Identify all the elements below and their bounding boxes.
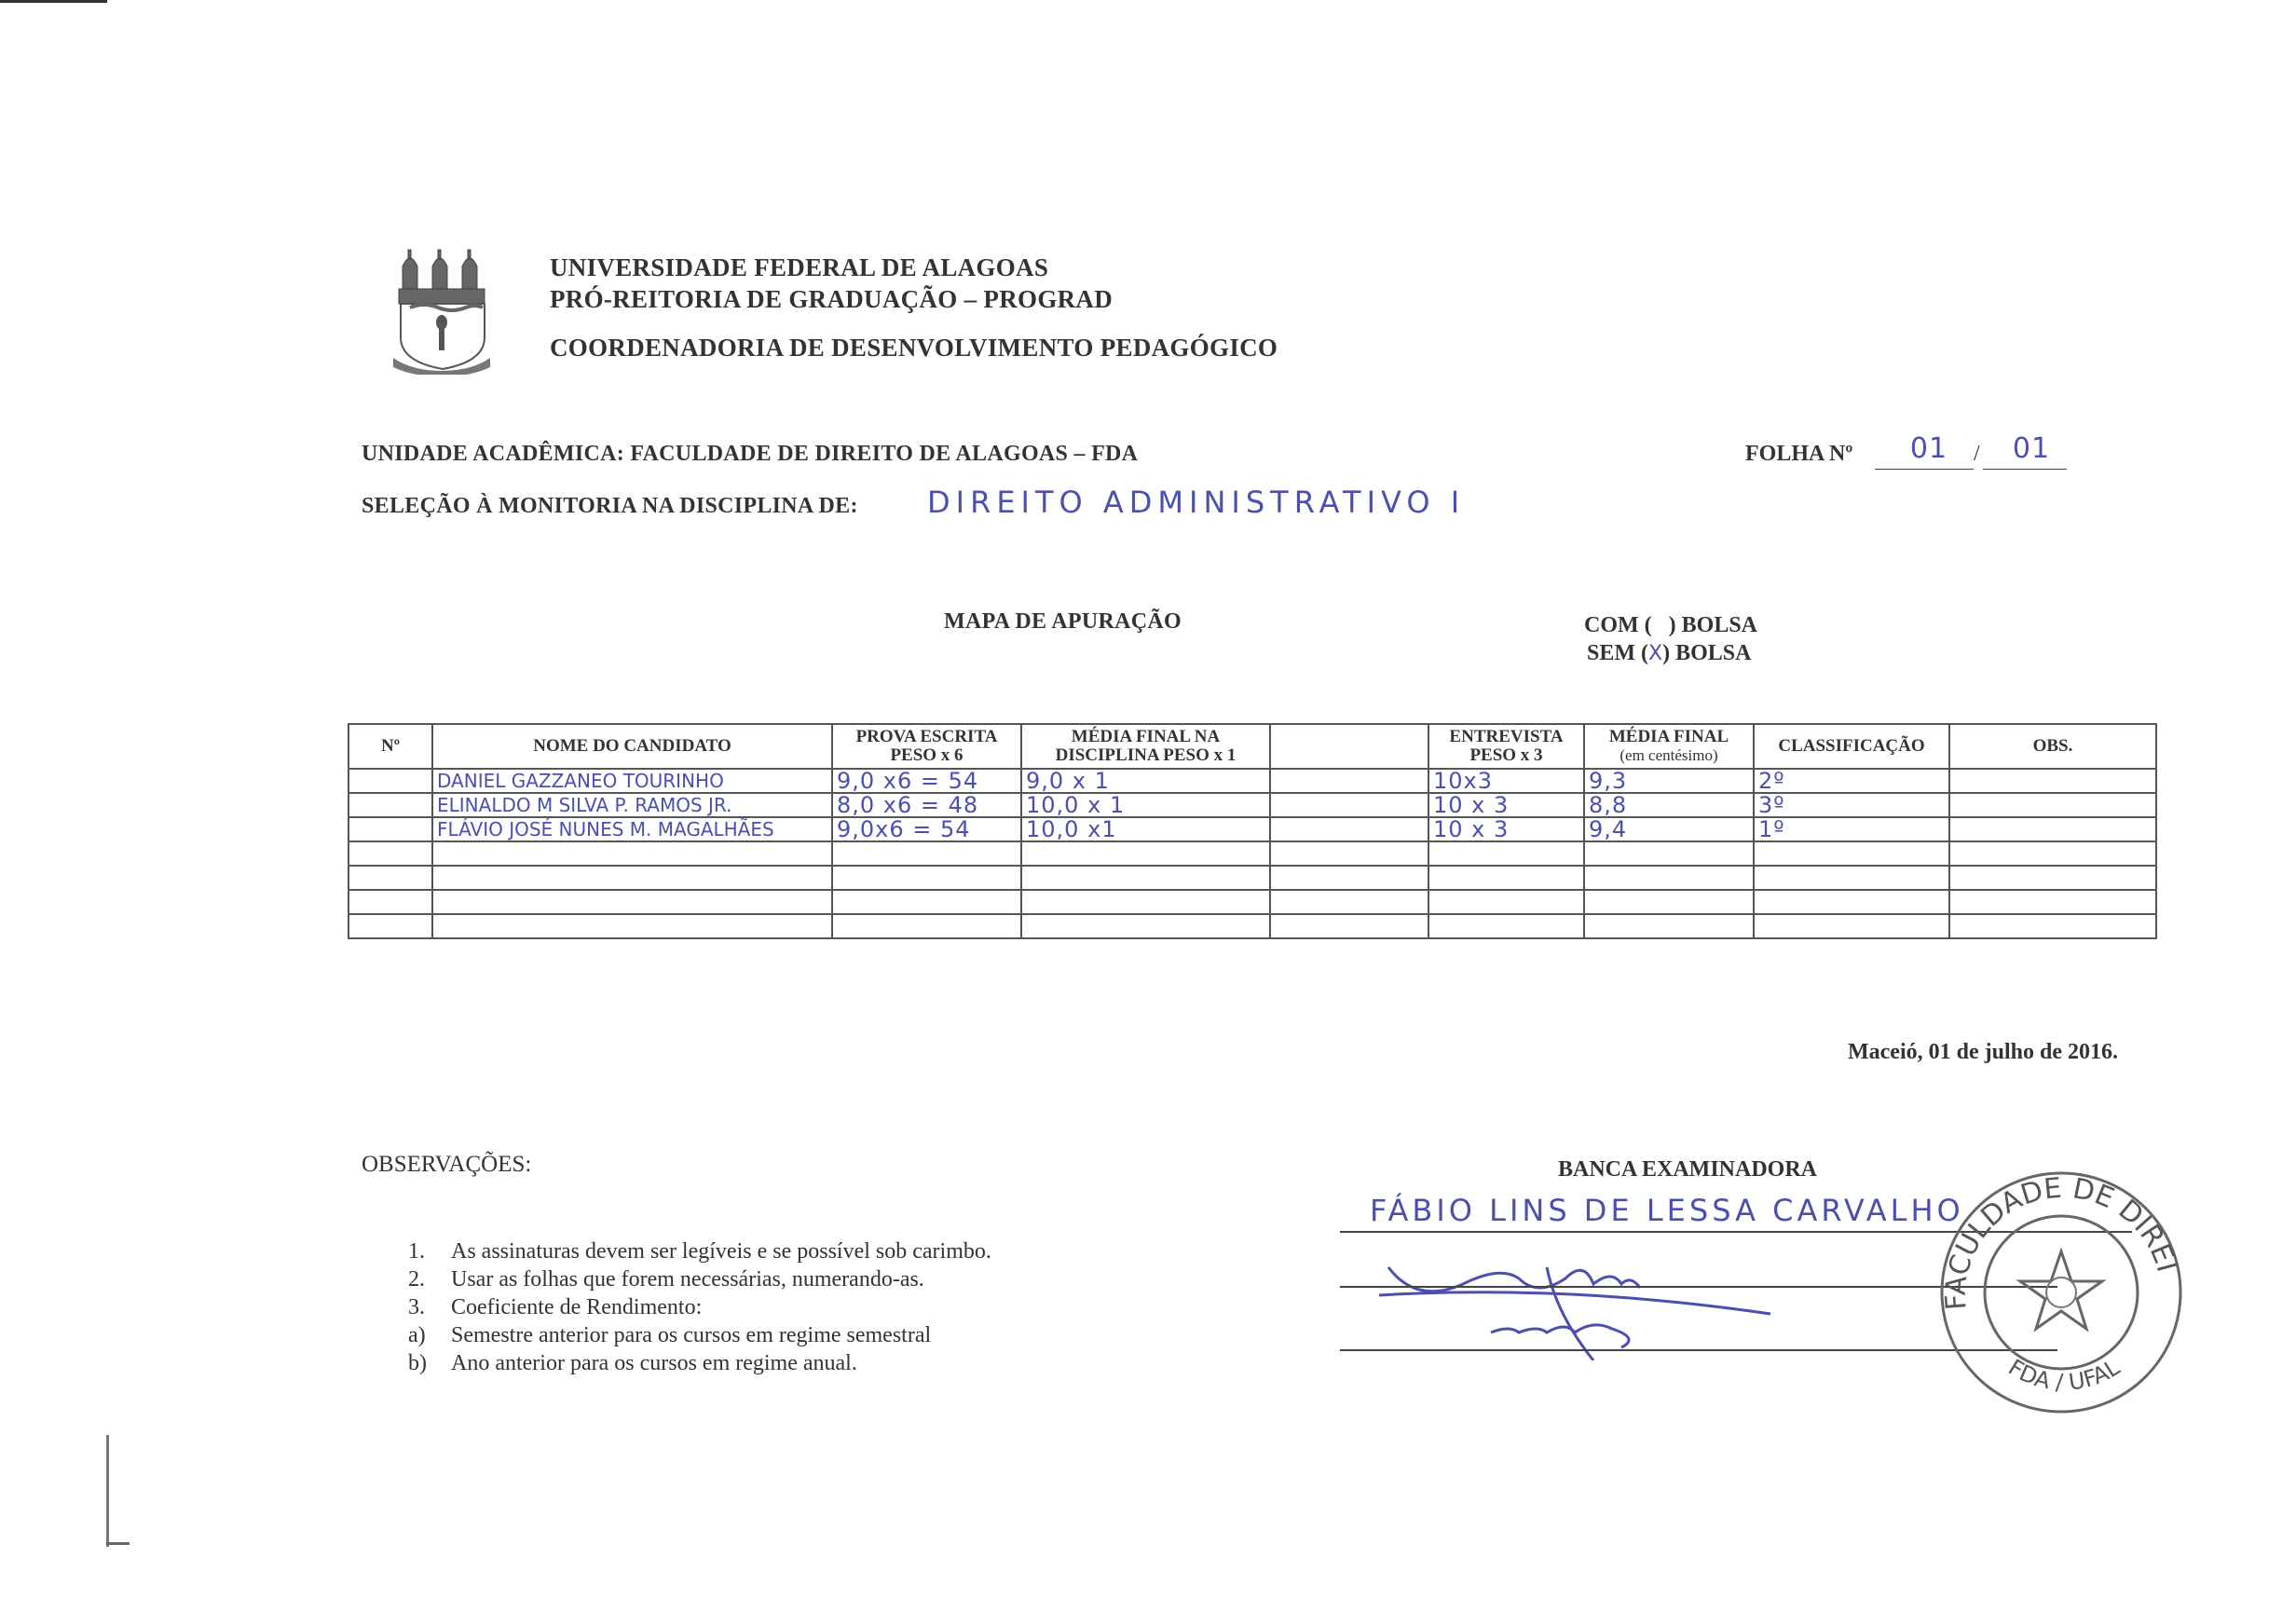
- cell-written: [832, 866, 1021, 890]
- observation-marker: 3.: [408, 1293, 451, 1321]
- header-final-line1: MÉDIA FINAL: [1589, 728, 1749, 746]
- with-grant-option: COM ( ) BOLSA: [1584, 613, 1757, 638]
- cell-discipline: 10,0 x 1: [1021, 793, 1270, 817]
- cell-name: [432, 841, 832, 866]
- cell-rank: 3º: [1754, 793, 1949, 817]
- cell-rank: 2º: [1754, 769, 1949, 793]
- header-num: Nº: [348, 724, 432, 769]
- cell-obs: [1949, 866, 2156, 890]
- cell-blank: [1270, 914, 1428, 938]
- cell-written: 9,0 x6 = 54: [832, 769, 1021, 793]
- observation-text: Usar as folhas que forem necessárias, nu…: [451, 1267, 924, 1291]
- observation-item: 2.Usar as folhas que forem necessárias, …: [408, 1265, 991, 1293]
- observation-item: a)Semestre anterior para os cursos em re…: [408, 1321, 991, 1349]
- table-header-row: Nº NOME DO CANDIDATO PROVA ESCRITAPESO x…: [348, 724, 2156, 769]
- ufal-coat-of-arms-icon: [391, 248, 494, 375]
- cell-obs: [1949, 817, 2156, 841]
- cell-discipline: [1021, 914, 1270, 938]
- without-grant-mark: X: [1648, 642, 1662, 665]
- cell-name: [432, 866, 832, 890]
- observation-marker: b): [408, 1349, 451, 1377]
- sheet-number-field: FOLHA Nº: [1745, 442, 1852, 467]
- cell-obs: [1949, 914, 2156, 938]
- cell-final: 8,8: [1584, 793, 1754, 817]
- cell-rank: [1754, 914, 1949, 938]
- cell-written: 9,0x6 = 54: [832, 817, 1021, 841]
- faculty-stamp-icon: FACULDADE DE DIREITO DE ALAGOAS FDA / UF…: [1938, 1169, 2185, 1416]
- cell-obs: [1949, 890, 2156, 914]
- cell-obs: [1949, 841, 2156, 866]
- header-written-exam-line2: PESO x 6: [837, 746, 1017, 765]
- sheet-total-value: 01: [1994, 432, 2069, 465]
- table-row: [348, 914, 2156, 938]
- signature-1: FÁBIO LINS DE LESSA CARVALHO: [1370, 1193, 1964, 1228]
- header-final-average: MÉDIA FINAL(em centésimo): [1584, 724, 1754, 769]
- table-row: DANIEL GAZZANEO TOURINHO9,0 x6 = 549,0 x…: [348, 769, 2156, 793]
- cell-num: [348, 866, 432, 890]
- observation-text: Coeficiente de Rendimento:: [451, 1295, 702, 1319]
- discipline-value: DIREITO ADMINISTRATIVO I: [927, 485, 1465, 520]
- cell-final: 9,4: [1584, 817, 1754, 841]
- cell-discipline: 10,0 x1: [1021, 817, 1270, 841]
- cell-interview: [1428, 866, 1584, 890]
- academic-unit-label: UNIDADE ACADÊMICA: FACULDADE DE DIREITO …: [362, 442, 1138, 467]
- observation-item: 1.As assinaturas devem ser legíveis e se…: [408, 1237, 991, 1265]
- header-interview-line2: PESO x 3: [1433, 746, 1579, 765]
- without-grant-prefix: SEM (: [1587, 641, 1648, 665]
- table-row: FLÁVIO JOSÉ NUNES M. MAGALHÃES9,0x6 = 54…: [348, 817, 2156, 841]
- scan-edge-top: [0, 0, 107, 3]
- cell-final: 9,3: [1584, 769, 1754, 793]
- observation-text: As assinaturas devem ser legíveis e se p…: [451, 1239, 991, 1264]
- svg-text:FACULDADE DE DIREITO DE ALAGOA: FACULDADE DE DIREITO DE ALAGOAS: [1938, 1169, 2183, 1311]
- header-obs: OBS.: [1949, 724, 2156, 769]
- cell-discipline: [1021, 841, 1270, 866]
- sheet-total-underline: [1983, 469, 2067, 470]
- cell-written: [832, 890, 1021, 914]
- cell-blank: [1270, 793, 1428, 817]
- cell-written: [832, 914, 1021, 938]
- without-grant-option: SEM (X) BOLSA: [1587, 641, 1751, 666]
- observation-item: b)Ano anterior para os cursos em regime …: [408, 1349, 991, 1377]
- cell-rank: [1754, 890, 1949, 914]
- cell-blank: [1270, 890, 1428, 914]
- cell-interview: [1428, 841, 1584, 866]
- header-discipline-line1: MÉDIA FINAL NA: [1026, 728, 1265, 746]
- scan-edge-left: [106, 1435, 109, 1547]
- cell-obs: [1949, 793, 2156, 817]
- observation-marker: 1.: [408, 1237, 451, 1265]
- map-title: MAPA DE APURAÇÃO: [944, 609, 1182, 635]
- header-written-exam-line1: PROVA ESCRITA: [837, 728, 1017, 746]
- cell-name: FLÁVIO JOSÉ NUNES M. MAGALHÃES: [432, 817, 832, 841]
- header-discipline-average: MÉDIA FINAL NADISCIPLINA PESO x 1: [1021, 724, 1270, 769]
- university-name: UNIVERSIDADE FEDERAL DE ALAGOAS: [550, 253, 1048, 282]
- header-interview: ENTREVISTAPESO x 3: [1428, 724, 1584, 769]
- cell-interview: 10 x 3: [1428, 817, 1584, 841]
- cell-blank: [1270, 841, 1428, 866]
- cell-interview: 10x3: [1428, 769, 1584, 793]
- cell-final: [1584, 914, 1754, 938]
- svg-text:FDA / UFAL: FDA / UFAL: [2003, 1354, 2125, 1396]
- observation-text: Ano anterior para os cursos em regime an…: [451, 1351, 857, 1375]
- without-grant-suffix: ) BOLSA: [1662, 641, 1751, 665]
- cell-interview: 10 x 3: [1428, 793, 1584, 817]
- cell-num: [348, 914, 432, 938]
- cell-final: [1584, 841, 1754, 866]
- header-discipline-line2: DISCIPLINA PESO x 1: [1026, 746, 1265, 765]
- cell-discipline: [1021, 866, 1270, 890]
- cell-name: DANIEL GAZZANEO TOURINHO: [432, 769, 832, 793]
- cell-name: [432, 914, 832, 938]
- observation-marker: 2.: [408, 1265, 451, 1293]
- table-row: [348, 890, 2156, 914]
- cell-blank: [1270, 769, 1428, 793]
- sheet-number-label: FOLHA Nº: [1745, 442, 1852, 466]
- sheet-number-value: 01: [1892, 432, 1966, 465]
- header-final-line2: (em centésimo): [1589, 746, 1749, 765]
- coordination-name: COORDENADORIA DE DESENVOLVIMENTO PEDAGÓG…: [550, 334, 1278, 362]
- cell-num: [348, 793, 432, 817]
- cell-interview: [1428, 890, 1584, 914]
- scan-edge-foot: [106, 1542, 130, 1545]
- observation-marker: a): [408, 1321, 451, 1349]
- header-rank: CLASSIFICAÇÃO: [1754, 724, 1949, 769]
- sheet-number-underline: [1875, 469, 1974, 470]
- cell-blank: [1270, 866, 1428, 890]
- cell-name: ELINALDO M SILVA P. RAMOS JR.: [432, 793, 832, 817]
- header-blank: [1270, 724, 1428, 769]
- header-interview-line1: ENTREVISTA: [1433, 728, 1579, 746]
- handwritten-signature-icon: [1379, 1249, 1882, 1360]
- cell-blank: [1270, 817, 1428, 841]
- cell-rank: 1º: [1754, 817, 1949, 841]
- header-name: NOME DO CANDIDATO: [432, 724, 832, 769]
- cell-final: [1584, 866, 1754, 890]
- observations-list: 1.As assinaturas devem ser legíveis e se…: [408, 1237, 991, 1377]
- observations-title: OBSERVAÇÕES:: [362, 1152, 531, 1178]
- cell-rank: [1754, 841, 1949, 866]
- cell-written: [832, 841, 1021, 866]
- cell-num: [348, 890, 432, 914]
- header-written-exam: PROVA ESCRITAPESO x 6: [832, 724, 1021, 769]
- cell-interview: [1428, 914, 1584, 938]
- cell-written: 8,0 x6 = 48: [832, 793, 1021, 817]
- cell-rank: [1754, 866, 1949, 890]
- cell-num: [348, 841, 432, 866]
- results-table: Nº NOME DO CANDIDATO PROVA ESCRITAPESO x…: [348, 723, 2157, 939]
- cell-discipline: 9,0 x 1: [1021, 769, 1270, 793]
- observation-item: 3.Coeficiente de Rendimento:: [408, 1293, 991, 1321]
- table-row: [348, 866, 2156, 890]
- discipline-label: SELEÇÃO À MONITORIA NA DISCIPLINA DE:: [362, 494, 858, 519]
- table-row: ELINALDO M SILVA P. RAMOS JR.8,0 x6 = 48…: [348, 793, 2156, 817]
- cell-name: [432, 890, 832, 914]
- cell-num: [348, 817, 432, 841]
- sheet-separator: /: [1974, 442, 1980, 467]
- date-line: Maceió, 01 de julho de 2016.: [1848, 1040, 2118, 1065]
- cell-final: [1584, 890, 1754, 914]
- cell-discipline: [1021, 890, 1270, 914]
- cell-num: [348, 769, 432, 793]
- cell-obs: [1949, 769, 2156, 793]
- observation-text: Semestre anterior para os cursos em regi…: [451, 1323, 931, 1347]
- board-title: BANCA EXAMINADORA: [1558, 1157, 1817, 1182]
- pro-rectorate-name: PRÓ-REITORIA DE GRADUAÇÃO – PROGRAD: [550, 285, 1113, 314]
- table-row: [348, 841, 2156, 866]
